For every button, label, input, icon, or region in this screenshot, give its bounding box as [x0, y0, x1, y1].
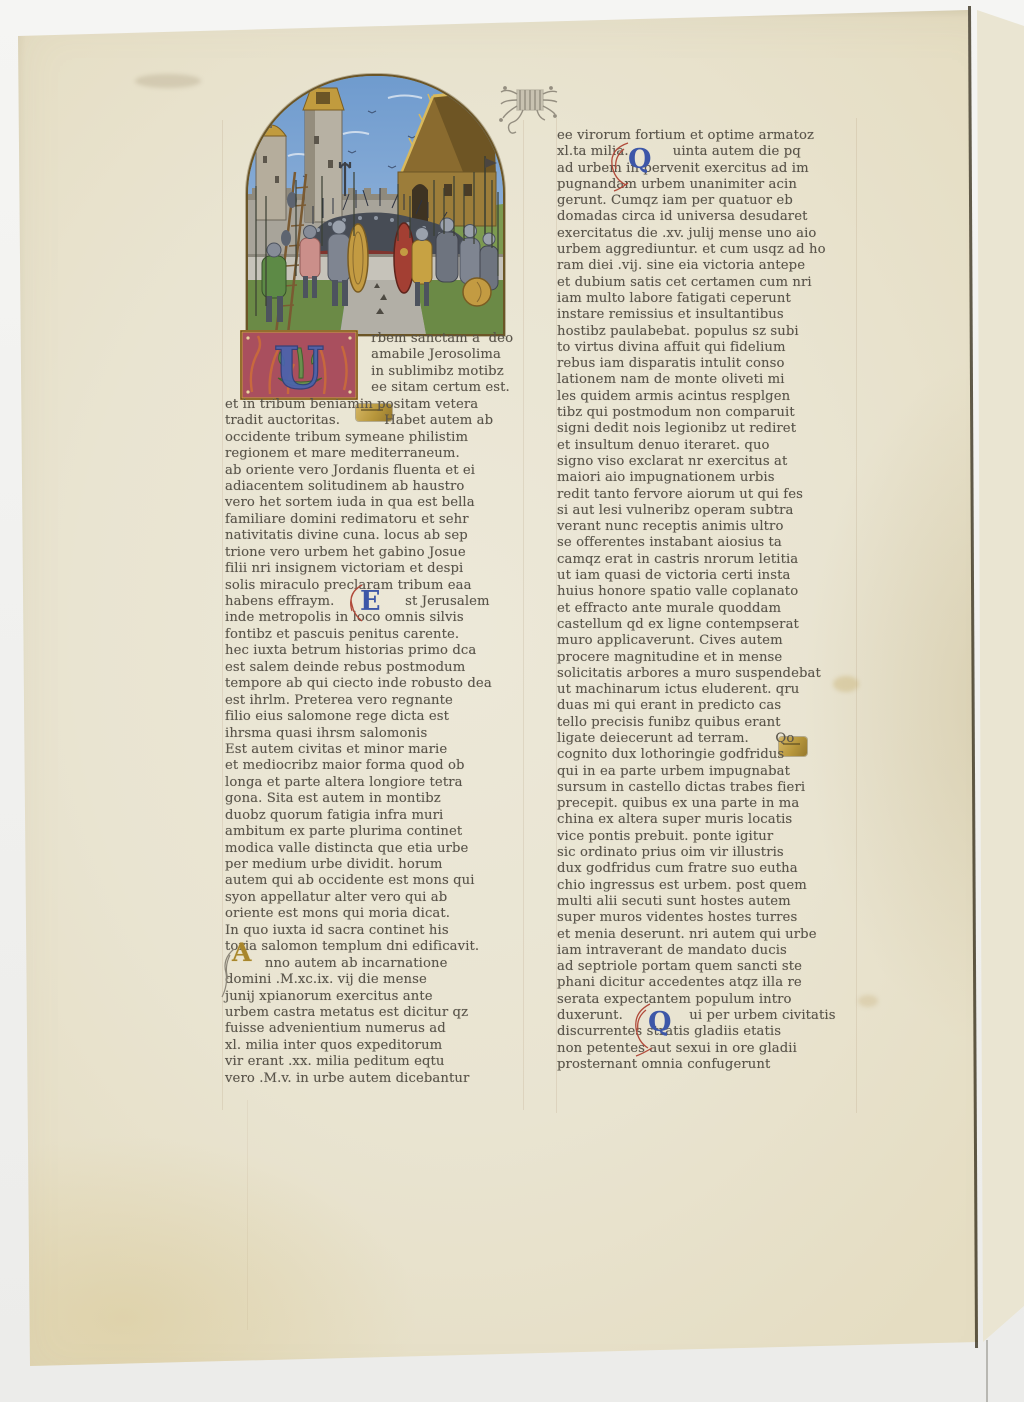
manuscript-text-line: xl.ta milia. uinta autem die pq	[557, 144, 857, 160]
erasure-smudge	[135, 74, 201, 88]
manuscript-text-line: nno autem ab incarnatione	[225, 956, 525, 972]
manuscript-photo: U E A Q Q rbem sanctam a deo	[0, 0, 1024, 1402]
manuscript-text-line: maiori aio impugnationem urbis	[557, 470, 857, 486]
ink-stain	[858, 995, 878, 1007]
manuscript-text-line: regionem et mare mediterraneum.	[225, 446, 525, 462]
manuscript-text-line: multi alii secuti sunt hostes autem	[557, 894, 857, 910]
manuscript-text-line: domini .M.xc.ix. vij die mense	[225, 972, 525, 988]
manuscript-text-line: vero het sortem iuda in qua est bella	[225, 495, 525, 511]
pen-initial-E: E	[360, 589, 381, 615]
gold-shield	[348, 224, 368, 292]
manuscript-text-line: ut iam quasi de victoria certi insta	[557, 568, 857, 584]
manuscript-text-line: gona. Sita est autem in montibz	[225, 791, 525, 807]
manuscript-text-line: ihrsma quasi ihrsm salomonis	[225, 726, 525, 742]
manuscript-text-line: to virtus divina affuit qui fidelium	[557, 340, 857, 356]
manuscript-text-line: vir erant .xx. milia peditum eqtu	[225, 1054, 525, 1070]
manuscript-text-line: fontibz et pascuis penitus carente.	[225, 627, 525, 643]
manuscript-text-line: ee sitam certum est.	[225, 380, 525, 396]
manuscript-text-line: tradit auctoritas. Habet autem ab	[225, 413, 525, 429]
manuscript-text-line: camqz erat in castris nrorum letitia	[557, 552, 857, 568]
manuscript-text-line: procere magnitudine et in mense	[557, 650, 857, 666]
manuscript-text-line: instare remissius et insultantibus	[557, 307, 857, 323]
manuscript-text-line: non petentes aut sexui in ore gladii	[557, 1041, 857, 1057]
pen-initial-A: A	[232, 941, 251, 965]
manuscript-text-line: rebus iam disparatis intulit conso	[557, 356, 857, 372]
manuscript-text-line: Est autem civitas et minor marie	[225, 742, 525, 758]
penwork-cadel-ornament	[493, 76, 563, 146]
manuscript-text-line: et insultum denuo iteraret. quo	[557, 438, 857, 454]
manuscript-text-line: oriente est mons qui moria dicat.	[225, 906, 525, 922]
manuscript-text-line: qui in ea parte urbem impugnabat	[557, 764, 857, 780]
manuscript-text-line: amabile Jerosolima	[225, 347, 525, 363]
manuscript-text-line: gerunt. Cumqz iam per quatuor eb	[557, 193, 857, 209]
manuscript-text-line: serata expectantem populum intro	[557, 992, 857, 1008]
manuscript-text-line: redit tanto fervore aiorum ut qui fes	[557, 487, 857, 503]
manuscript-text-line: filio eius salomone rege dicta est	[225, 709, 525, 725]
manuscript-text-line: cognito dux lothoringie godfridus	[557, 747, 857, 763]
manuscript-text-line: occidente tribum symeane philistim	[225, 430, 525, 446]
manuscript-text-line: trione vero urbem het gabino Josue	[225, 545, 525, 561]
manuscript-text-line: super muros videntes hostes turres	[557, 910, 857, 926]
manuscript-text-line: china ex altera super muris locatis	[557, 812, 857, 828]
manuscript-text-line: et mediocribz maior forma quod ob	[225, 758, 525, 774]
manuscript-text-line: precepit. quibus ex una parte in ma	[557, 796, 857, 812]
manuscript-text-line: hostibz paulabebat. populus sz subi	[557, 324, 857, 340]
manuscript-text-line: in sublimibz motibz	[225, 364, 525, 380]
manuscript-text-line: iam multo labore fatigati ceperunt	[557, 291, 857, 307]
manuscript-text-line: et menia deserunt. nri autem qui urbe	[557, 927, 857, 943]
manuscript-text-line: sursum in castello dictas trabes fieri	[557, 780, 857, 796]
manuscript-text-line: ut machinarum ictus eluderent. qru	[557, 682, 857, 698]
manuscript-text-line: ad urbem in pervenit exercitus ad im	[557, 161, 857, 177]
manuscript-text-line: chio ingressus est urbem. post quem	[557, 878, 857, 894]
manuscript-text-line: se offerentes instabant aiosius ta	[557, 535, 857, 551]
manuscript-text-line: et dubium satis cet certamen cum nri	[557, 275, 857, 291]
manuscript-text-line: les quidem armis acintus resplgen	[557, 389, 857, 405]
manuscript-text-line: tello precisis funibz quibus erant	[557, 715, 857, 731]
manuscript-text-line: dux godfridus cum fratre suo eutha	[557, 861, 857, 877]
miniature-painting	[248, 76, 503, 334]
manuscript-text-line: ad septriole portam quem sancti ste	[557, 959, 857, 975]
manuscript-text-line: filii nri insignem victoriam et despi	[225, 561, 525, 577]
manuscript-text-line: verant nunc receptis animis ultro	[557, 519, 857, 535]
manuscript-text-line: tempore ab qui ciecto inde robusto dea	[225, 676, 525, 692]
manuscript-text-line: et in tribum beniamin positam vetera	[225, 397, 525, 413]
manuscript-text-line: iam intraverant de mandato ducis	[557, 943, 857, 959]
manuscript-text-line: muro applicaverunt. Cives autem	[557, 633, 857, 649]
board-edge-line	[986, 1340, 988, 1402]
manuscript-text-line: sic ordinato prius oim vir illustris	[557, 845, 857, 861]
manuscript-text-line: ab oriente vero Jordanis fluenta et ei	[225, 463, 525, 479]
manuscript-text-line: vero .M.v. in urbe autem dicebantur	[225, 1071, 525, 1087]
manuscript-text-line: discurrentes stratis gladiis etatis	[557, 1024, 857, 1040]
manuscript-text-line: solicitatis arbores a muro suspendebat	[557, 666, 857, 682]
manuscript-text-line: est salem deinde rebus postmodum	[225, 660, 525, 676]
manuscript-text-line: longa et parte altera longiore tetra	[225, 775, 525, 791]
manuscript-text-line: duobz quorum fatigia infra muri	[225, 808, 525, 824]
manuscript-text-line: familiare domini redimatoru et sehr	[225, 512, 525, 528]
manuscript-text-line: adiacentem solitudinem ab haustro	[225, 479, 525, 495]
manuscript-text-line: toria salomon templum dni edificavit.	[225, 939, 525, 955]
manuscript-text-line: In quo iuxta id sacra continet his	[225, 923, 525, 939]
manuscript-text-line: pugnandam urbem unanimiter acin	[557, 177, 857, 193]
manuscript-text-line: tibz qui postmodum non comparuit	[557, 405, 857, 421]
manuscript-text-line: nativitatis divine cuna. locus ab sep	[225, 528, 525, 544]
left-text-column: rbem sanctam a deo amabile Jerosolima in…	[225, 331, 525, 1087]
ruling-line	[247, 1100, 248, 1330]
manuscript-text-line: ligate deiecerunt ad terram. Qo	[557, 731, 857, 747]
manuscript-text-line: phani dicitur accedentes atqz illa re	[557, 975, 857, 991]
manuscript-text-line: signo viso exclarat nr exercitus at	[557, 454, 857, 470]
manuscript-text-line: duxerunt. ui per urbem civitatis	[557, 1008, 857, 1024]
manuscript-text-line: per medium urbe dividit. horum	[225, 857, 525, 873]
manuscript-text-line: et effracto ante murale quoddam	[557, 601, 857, 617]
manuscript-text-line: exercitatus die .xv. julij mense uno aio	[557, 226, 857, 242]
manuscript-text-line: urbem aggrediuntur. et cum usqz ad ho	[557, 242, 857, 258]
manuscript-text-line: modica valle distincta que etia urbe	[225, 841, 525, 857]
right-text-column: ee virorum fortium et optime armatozxl.t…	[557, 128, 857, 1073]
manuscript-text-line: urbem castra metatus est dicitur qz	[225, 1005, 525, 1021]
manuscript-text-line: autem qui ab occidente est mons qui	[225, 873, 525, 889]
manuscript-text-line: junij xpianorum exercitus ante	[225, 989, 525, 1005]
manuscript-text-line: huius honore spatio valle coplanato	[557, 584, 857, 600]
pen-initial-Q: Q	[628, 147, 652, 173]
manuscript-text-line: si aut lesi vulneribz operam subtra	[557, 503, 857, 519]
manuscript-text-line: lationem nam de monte oliveti mi	[557, 372, 857, 388]
manuscript-text-line: ram diei .vij. sine eia victoria antepe	[557, 258, 857, 274]
manuscript-text-line: duas mi qui erant in predicto cas	[557, 698, 857, 714]
manuscript-text-line: fuisse advenientium numerus ad	[225, 1021, 525, 1037]
manuscript-text-line: vice pontis prebuit. ponte igitur	[557, 829, 857, 845]
manuscript-text-line: est ihrlm. Preterea vero regnante	[225, 693, 525, 709]
manuscript-text-line: hec iuxta betrum historias primo dca	[225, 643, 525, 659]
manuscript-text-line: castellum qd ex ligne contempserat	[557, 617, 857, 633]
manuscript-text-line: ee virorum fortium et optime armatoz	[557, 128, 857, 144]
manuscript-text-line: ambitum ex parte plurima continet	[225, 824, 525, 840]
manuscript-text-line: domadas circa id universa desudaret	[557, 209, 857, 225]
pen-initial-Q2: Q	[648, 1010, 672, 1036]
miniature-siege-of-jerusalem	[246, 74, 505, 336]
manuscript-text-line: syon appellatur alter vero qui ab	[225, 890, 525, 906]
manuscript-text-line: prosternant omnia confugerunt	[557, 1057, 857, 1073]
manuscript-text-line: signi dedit nois legionibz ut rediret	[557, 421, 857, 437]
manuscript-text-line: xl. milia inter quos expeditorum	[225, 1038, 525, 1054]
manuscript-text-line: rbem sanctam a deo	[225, 331, 525, 347]
